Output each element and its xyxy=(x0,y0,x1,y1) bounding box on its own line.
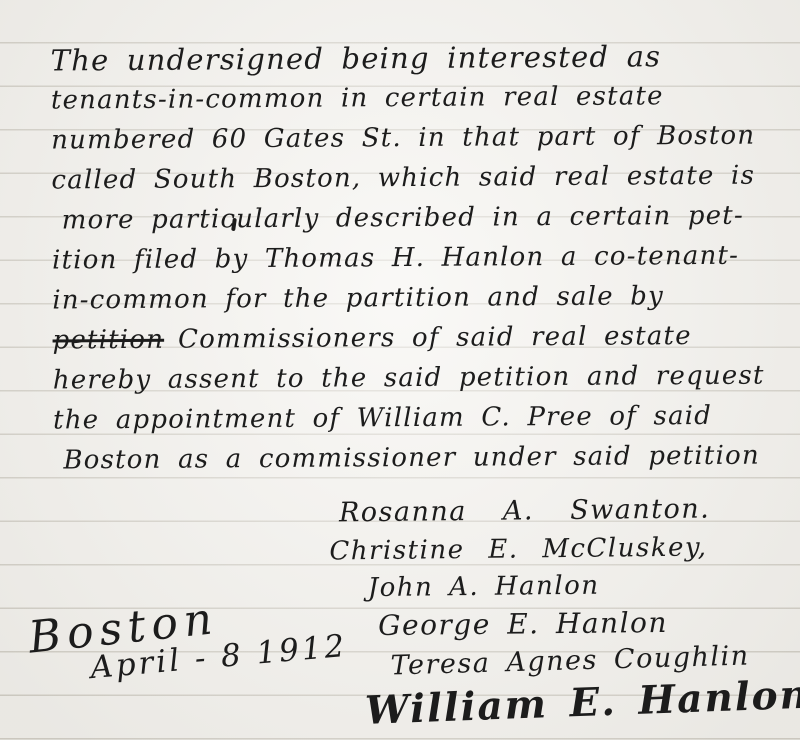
manuscript-line: in-common for the partition and sale by xyxy=(52,275,774,320)
manuscript-line-with-strikethrough: petitionCommissioners of said real estat… xyxy=(52,315,774,360)
manuscript-line: Boston as a commissioner under said peti… xyxy=(63,435,775,480)
manuscript-line: hereby assent to the said petition and r… xyxy=(53,355,775,400)
manuscript-body: The undersigned being interested as tena… xyxy=(50,35,775,480)
signature: Rosanna A. Swanton. xyxy=(339,489,800,532)
manuscript-line: the appointment of William C. Pree of sa… xyxy=(53,395,775,440)
place-date-block: Boston April - 8 1912 xyxy=(28,596,348,675)
signature: John A. Hanlon xyxy=(368,565,800,607)
manuscript-line: numbered 60 Gates St. in that part of Bo… xyxy=(51,115,773,160)
scanned-document-page: The undersigned being interested as tena… xyxy=(0,0,800,740)
signature-block: Rosanna A. Swanton. Christine E. McClusk… xyxy=(321,489,800,729)
manuscript-line: more particularly described in a certain… xyxy=(62,195,774,240)
manuscript-line: called South Boston, which said real est… xyxy=(51,155,773,200)
struck-out-word: petition xyxy=(52,325,164,356)
manuscript-line-text: Commissioners of said real estate xyxy=(178,321,692,355)
manuscript-line: tenants-in-common in certain real estate xyxy=(51,75,773,120)
manuscript-line: The undersigned being interested as xyxy=(50,35,772,80)
signature: Christine E. McCluskey, xyxy=(329,527,800,570)
manuscript-line: ition filed by Thomas H. Hanlon a co-ten… xyxy=(52,235,774,280)
